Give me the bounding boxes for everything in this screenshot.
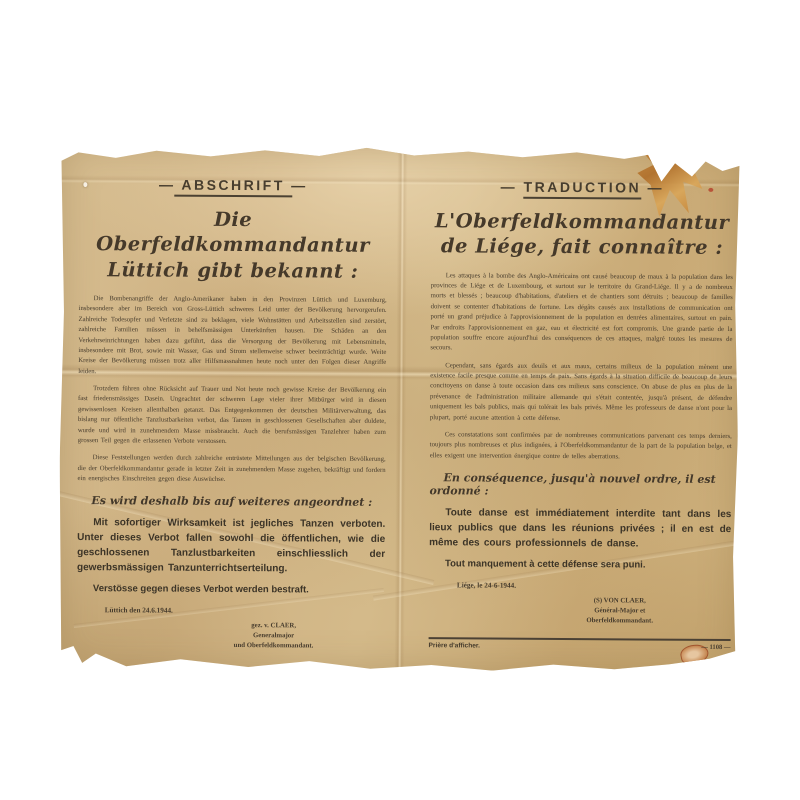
german-title-line1: Die Oberfeldkommandantur (96, 208, 370, 257)
german-penalty: Verstösse gegen dieses Verbot werden bes… (77, 583, 385, 596)
traduction-header: — TRADUCTION — (431, 178, 733, 196)
french-title-line2: de Liége, fait connaître : (441, 235, 723, 260)
german-signature-title: und Oberfeldkommandant. (234, 642, 314, 649)
german-signature-rank: Generalmajor (253, 632, 294, 639)
german-column: — ABSCHRIFT — Die Oberfeldkommandantur L… (77, 170, 388, 652)
german-signature-block: gez. v. CLAER, Generalmajor und Oberfeld… (199, 621, 349, 651)
german-paragraph: Diese Feststellungen werden durch zahlre… (78, 453, 386, 486)
german-date: Lüttich den 24.6.1944. (105, 607, 385, 617)
french-title-line1: L'Oberfeldkommandantur (435, 209, 729, 234)
photo-background: — ABSCHRIFT — Die Oberfeldkommandantur L… (0, 0, 800, 800)
french-paragraph: Cependant, sans égards aux deuils et aux… (430, 361, 732, 425)
vertical-fold-crease (395, 146, 408, 670)
german-order-intro: Es wird deshalb bis auf weiteres angeord… (77, 494, 385, 509)
abschrift-underline (174, 195, 292, 198)
french-signature-title: Oberfeldkommandant. (586, 617, 653, 624)
german-order-text: Mit sofortiger Wirksamkeit ist jegliches… (77, 515, 385, 577)
abschrift-header: — ABSCHRIFT — (79, 176, 387, 194)
french-paragraph: Ces constatations sont confirmées par de… (430, 430, 732, 463)
french-date: Liége, le 24-6-1944. (457, 581, 731, 591)
german-title-line2: Lüttich gibt bekannt : (107, 258, 358, 283)
french-penalty: Tout manquement à cette défense sera pun… (429, 558, 731, 571)
german-paragraph: Trotzdem führen ohne Rücksicht auf Traue… (78, 384, 386, 448)
print-number: — 1108 — (701, 643, 730, 650)
poster-paper: — ABSCHRIFT — Die Oberfeldkommandantur L… (58, 144, 739, 672)
french-title: L'Oberfeldkommandantur de Liége, fait co… (431, 208, 733, 261)
french-paragraph: Les attaques à la bombe des Anglo-Améric… (430, 271, 733, 356)
french-signature-block: (S) VON CLAER, Général-Major et Oberfeld… (545, 596, 695, 626)
imprint-footer: Prière d'afficher. — 1108 — (429, 637, 731, 651)
french-order-intro: En conséquence, jusqu'à nouvel ordre, il… (429, 471, 731, 499)
german-signature-name: gez. v. CLAER, (251, 623, 296, 630)
german-paragraph: Die Bombenangriffe der Anglo-Amerikaner … (78, 294, 387, 379)
french-signature-rank: Général-Major et (594, 607, 645, 614)
french-column: — TRADUCTION — L'Oberfeldkommandantur de… (429, 172, 734, 650)
print-instruction: Prière d'afficher. (429, 642, 480, 649)
german-title: Die Oberfeldkommandantur Lüttich gibt be… (79, 206, 387, 284)
french-order-text: Toute danse est immédiatement interdite … (429, 505, 731, 552)
traduction-underline (523, 197, 641, 200)
french-signature-name: (S) VON CLAER, (594, 597, 646, 604)
